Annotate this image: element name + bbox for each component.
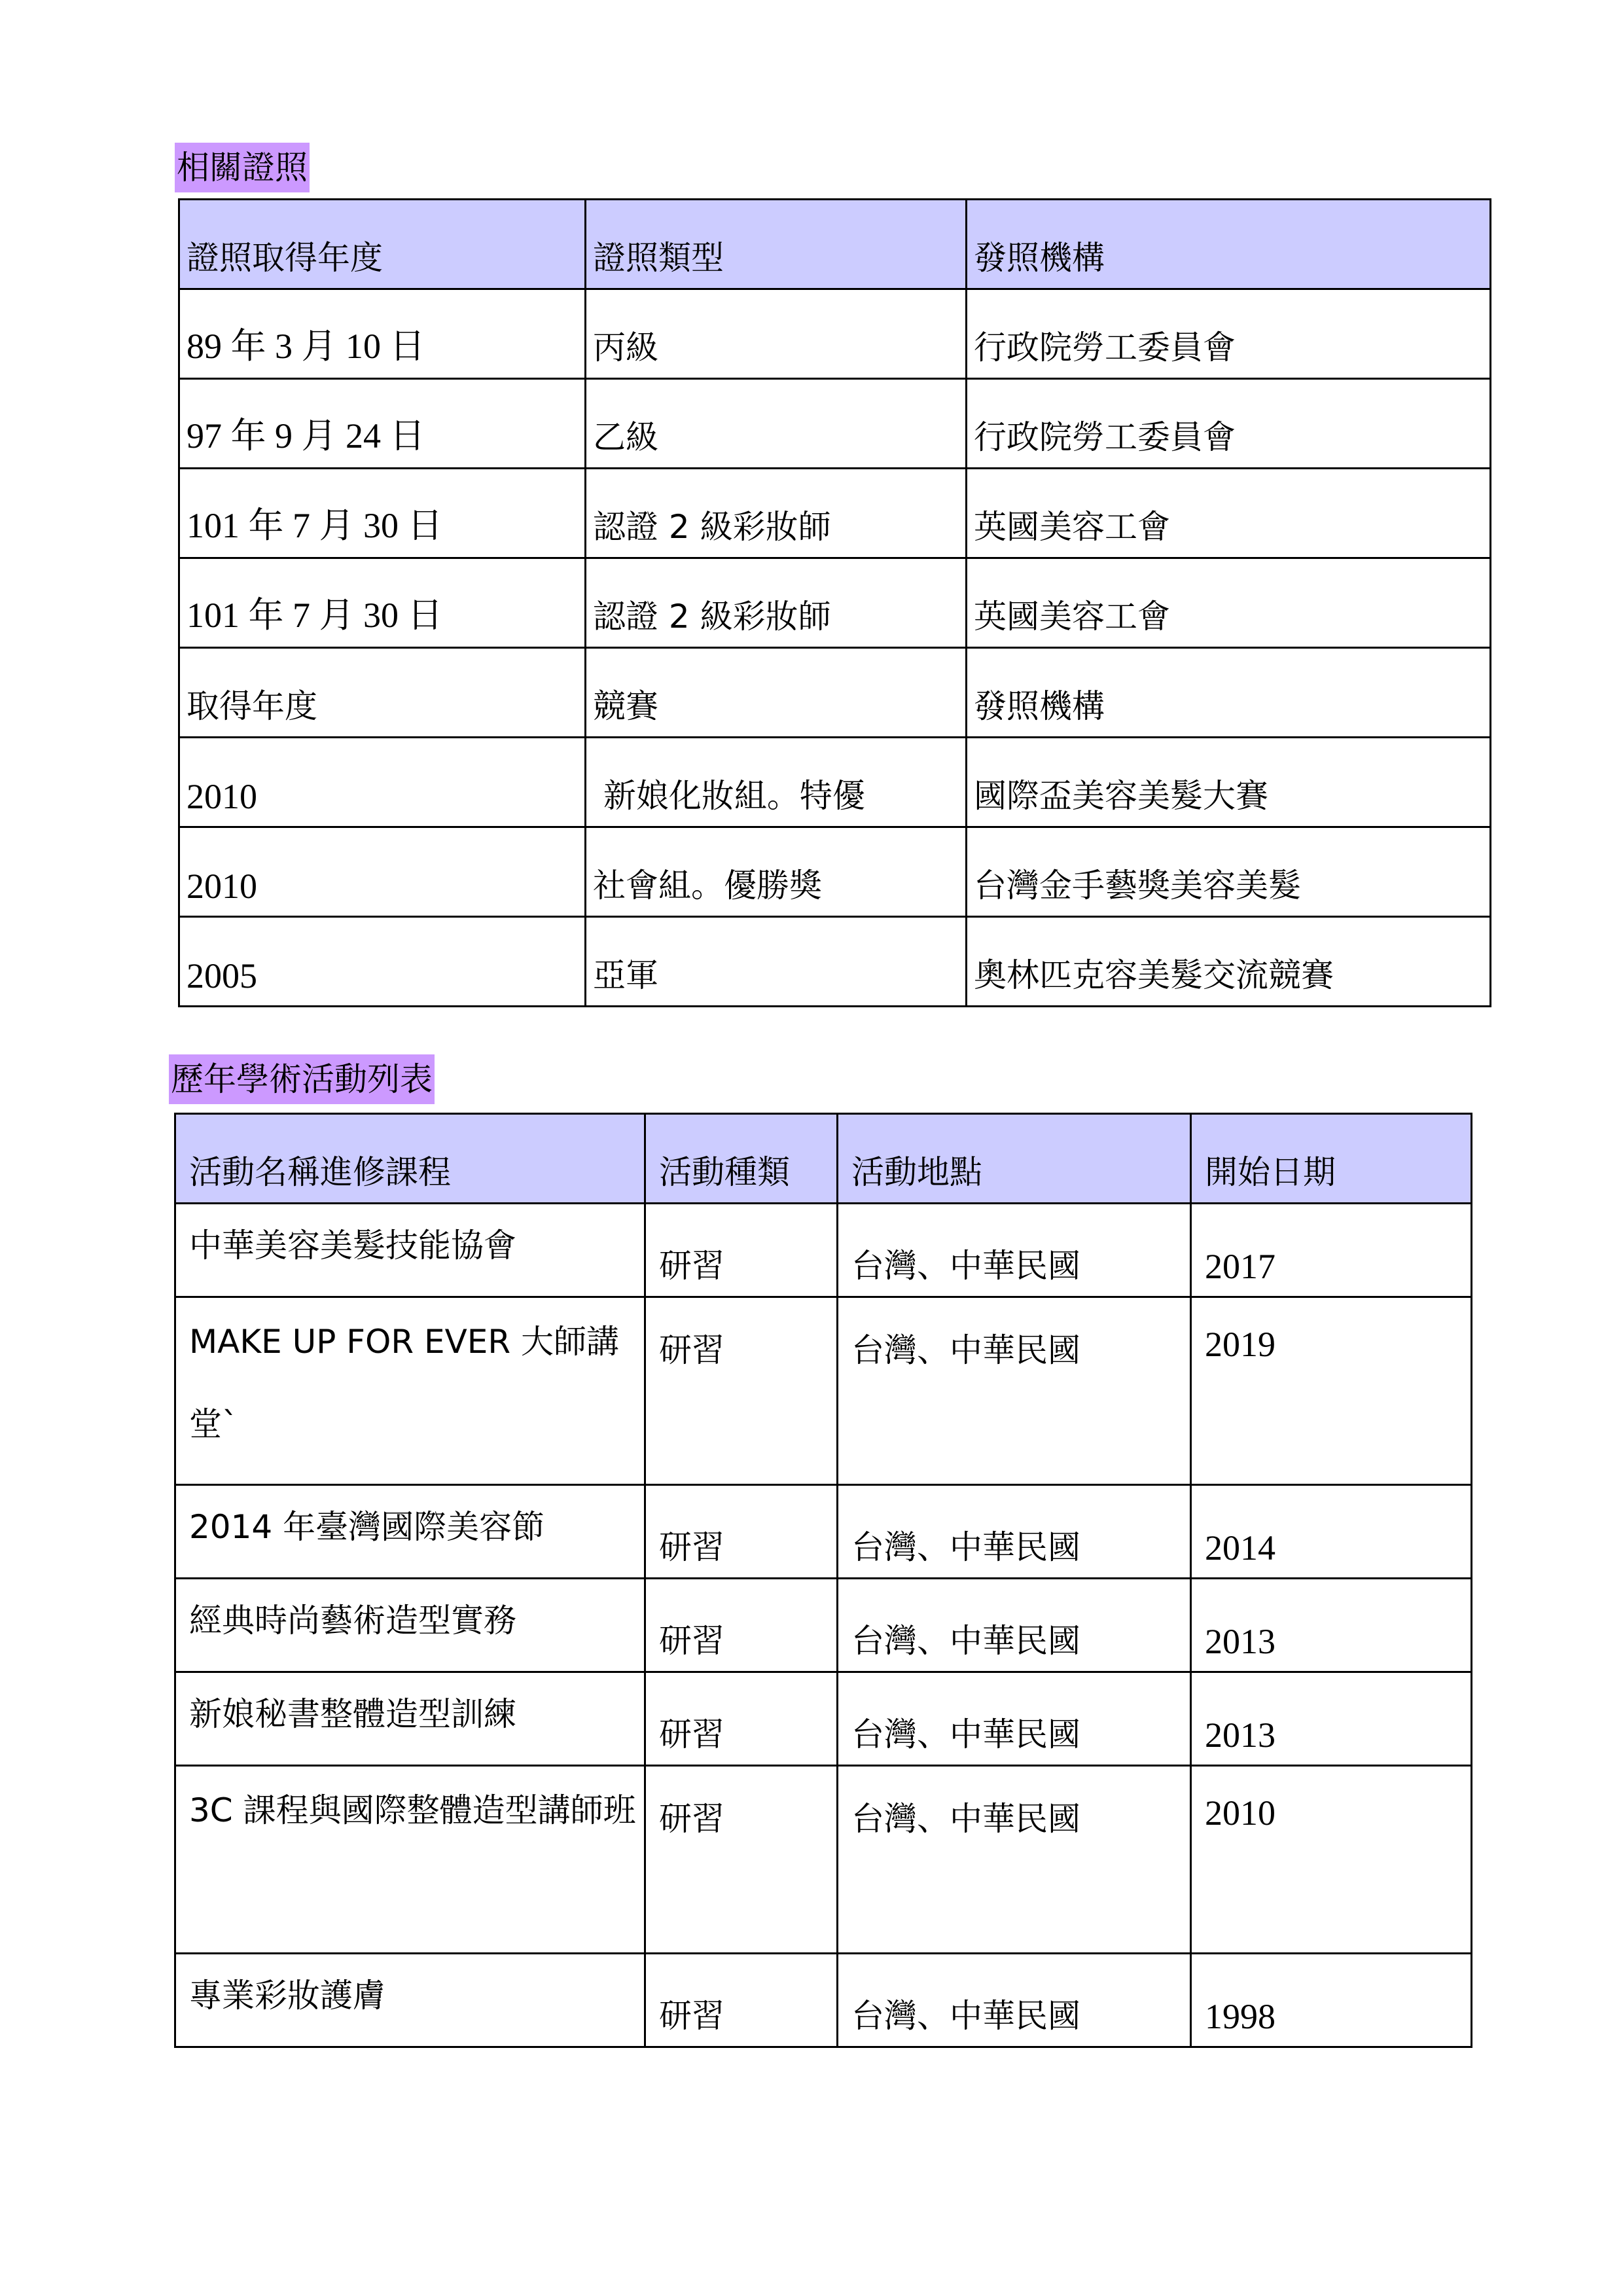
table-row: 專業彩妝護膚 研習 台灣、中華民國 1998 <box>175 1954 1472 2047</box>
cell-location: 台灣、中華民國 <box>838 1297 1191 1485</box>
cell-start-date: 2013 <box>1191 1672 1472 1766</box>
cell-year: 2010 <box>179 827 586 917</box>
cell-location: 台灣、中華民國 <box>838 1485 1191 1579</box>
cell-date: 101 年 7 月 30 日 <box>179 558 586 648</box>
cell-competition-label: 競賽 <box>586 648 967 738</box>
activity-name-text: 3C 課程與國際整體造型講師班 <box>189 1769 637 1852</box>
column-header: 發照機構 <box>967 200 1491 289</box>
cell-date: 101 年 7 月 30 日 <box>179 469 586 558</box>
cell-issuer: 英國美容工會 <box>967 558 1491 648</box>
cell-type: 丙級 <box>586 289 967 379</box>
cell-location: 台灣、中華民國 <box>838 1204 1191 1297</box>
cell-activity-name: 專業彩妝護膚 <box>175 1954 645 2047</box>
section-title-certifications: 相關證照 <box>175 143 310 192</box>
cell-start-date: 2013 <box>1191 1579 1472 1672</box>
cell-year: 2005 <box>179 917 586 1007</box>
cell-activity-name: 2014 年臺灣國際美容節 <box>175 1485 645 1579</box>
cell-activity-type: 研習 <box>645 1579 838 1672</box>
table-row: 新娘秘書整體造型訓練 研習 台灣、中華民國 2013 <box>175 1672 1472 1766</box>
section-title-academic-activities: 歷年學術活動列表 <box>169 1054 435 1104</box>
cell-year-label: 取得年度 <box>179 648 586 738</box>
table-row: MAKE UP FOR EVER 大師講堂` 研習 台灣、中華民國 2019 <box>175 1297 1472 1485</box>
cell-type: 認證 2 級彩妝師 <box>586 469 967 558</box>
activity-name-text: 經典時尚藝術造型實務 <box>189 1579 637 1662</box>
cell-award: 亞軍 <box>586 917 967 1007</box>
table-header-row: 活動名稱進修課程 活動種類 活動地點 開始日期 <box>175 1114 1472 1204</box>
column-header: 開始日期 <box>1191 1114 1472 1204</box>
cell-activity-name: MAKE UP FOR EVER 大師講堂` <box>175 1297 645 1485</box>
cell-location: 台灣、中華民國 <box>838 1766 1191 1954</box>
table-row: 89 年 3 月 10 日 丙級 行政院勞工委員會 <box>179 289 1491 379</box>
activity-name-text: 新娘秘書整體造型訓練 <box>189 1673 637 1755</box>
cell-type: 乙級 <box>586 379 967 469</box>
cell-activity-type: 研習 <box>645 1672 838 1766</box>
cell-issuer-label: 發照機構 <box>967 648 1491 738</box>
cell-start-date: 2017 <box>1191 1204 1472 1297</box>
cell-type: 認證 2 級彩妝師 <box>586 558 967 648</box>
table-row: 101 年 7 月 30 日 認證 2 級彩妝師 英國美容工會 <box>179 469 1491 558</box>
table-row: 2014 年臺灣國際美容節 研習 台灣、中華民國 2014 <box>175 1485 1472 1579</box>
cell-award: 社會組。優勝獎 <box>586 827 967 917</box>
activity-name-text: MAKE UP FOR EVER 大師講堂` <box>189 1300 637 1465</box>
activity-name-text: 中華美容美髮技能協會 <box>189 1204 637 1287</box>
cell-start-date: 2014 <box>1191 1485 1472 1579</box>
column-header: 證照類型 <box>586 200 967 289</box>
cell-activity-name: 新娘秘書整體造型訓練 <box>175 1672 645 1766</box>
cell-issuer: 行政院勞工委員會 <box>967 289 1491 379</box>
cell-activity-name: 中華美容美髮技能協會 <box>175 1204 645 1297</box>
cell-location: 台灣、中華民國 <box>838 1672 1191 1766</box>
cell-start-date: 2019 <box>1191 1297 1472 1485</box>
table-row: 2005 亞軍 奧林匹克容美髮交流競賽 <box>179 917 1491 1007</box>
table-row: 2010 新娘化妝組。特優 國際盃美容美髮大賽 <box>179 738 1491 827</box>
cell-issuer: 英國美容工會 <box>967 469 1491 558</box>
cell-activity-type: 研習 <box>645 1204 838 1297</box>
cell-competition: 台灣金手藝獎美容美髮 <box>967 827 1491 917</box>
table-header-row: 證照取得年度 證照類型 發照機構 <box>179 200 1491 289</box>
table-row: 3C 課程與國際整體造型講師班 研習 台灣、中華民國 2010 <box>175 1766 1472 1954</box>
cell-date: 89 年 3 月 10 日 <box>179 289 586 379</box>
cell-start-date: 2010 <box>1191 1766 1472 1954</box>
activity-name-text: 專業彩妝護膚 <box>189 1954 637 2037</box>
cell-activity-name: 3C 課程與國際整體造型講師班 <box>175 1766 645 1954</box>
cell-activity-type: 研習 <box>645 1766 838 1954</box>
table-row: 2010 社會組。優勝獎 台灣金手藝獎美容美髮 <box>179 827 1491 917</box>
column-header: 活動名稱進修課程 <box>175 1114 645 1204</box>
cell-date: 97 年 9 月 24 日 <box>179 379 586 469</box>
cell-activity-type: 研習 <box>645 1297 838 1485</box>
cell-activity-type: 研習 <box>645 1485 838 1579</box>
cell-activity-type: 研習 <box>645 1954 838 2047</box>
cell-competition: 國際盃美容美髮大賽 <box>967 738 1491 827</box>
table-row: 101 年 7 月 30 日 認證 2 級彩妝師 英國美容工會 <box>179 558 1491 648</box>
column-header: 活動地點 <box>838 1114 1191 1204</box>
table-row: 97 年 9 月 24 日 乙級 行政院勞工委員會 <box>179 379 1491 469</box>
cell-award: 新娘化妝組。特優 <box>586 738 967 827</box>
academic-activities-table: 活動名稱進修課程 活動種類 活動地點 開始日期 中華美容美髮技能協會 研習 台灣… <box>174 1113 1472 2048</box>
cell-issuer: 行政院勞工委員會 <box>967 379 1491 469</box>
cell-competition: 奧林匹克容美髮交流競賽 <box>967 917 1491 1007</box>
cell-start-date: 1998 <box>1191 1954 1472 2047</box>
certifications-table: 證照取得年度 證照類型 發照機構 89 年 3 月 10 日 丙級 行政院勞工委… <box>178 198 1491 1007</box>
cell-location: 台灣、中華民國 <box>838 1579 1191 1672</box>
table-row: 中華美容美髮技能協會 研習 台灣、中華民國 2017 <box>175 1204 1472 1297</box>
cell-year: 2010 <box>179 738 586 827</box>
activity-name-text: 2014 年臺灣國際美容節 <box>189 1486 637 1568</box>
table-row: 經典時尚藝術造型實務 研習 台灣、中華民國 2013 <box>175 1579 1472 1672</box>
cell-activity-name: 經典時尚藝術造型實務 <box>175 1579 645 1672</box>
cell-location: 台灣、中華民國 <box>838 1954 1191 2047</box>
column-header: 活動種類 <box>645 1114 838 1204</box>
table-subheader-row: 取得年度 競賽 發照機構 <box>179 648 1491 738</box>
column-header: 證照取得年度 <box>179 200 586 289</box>
